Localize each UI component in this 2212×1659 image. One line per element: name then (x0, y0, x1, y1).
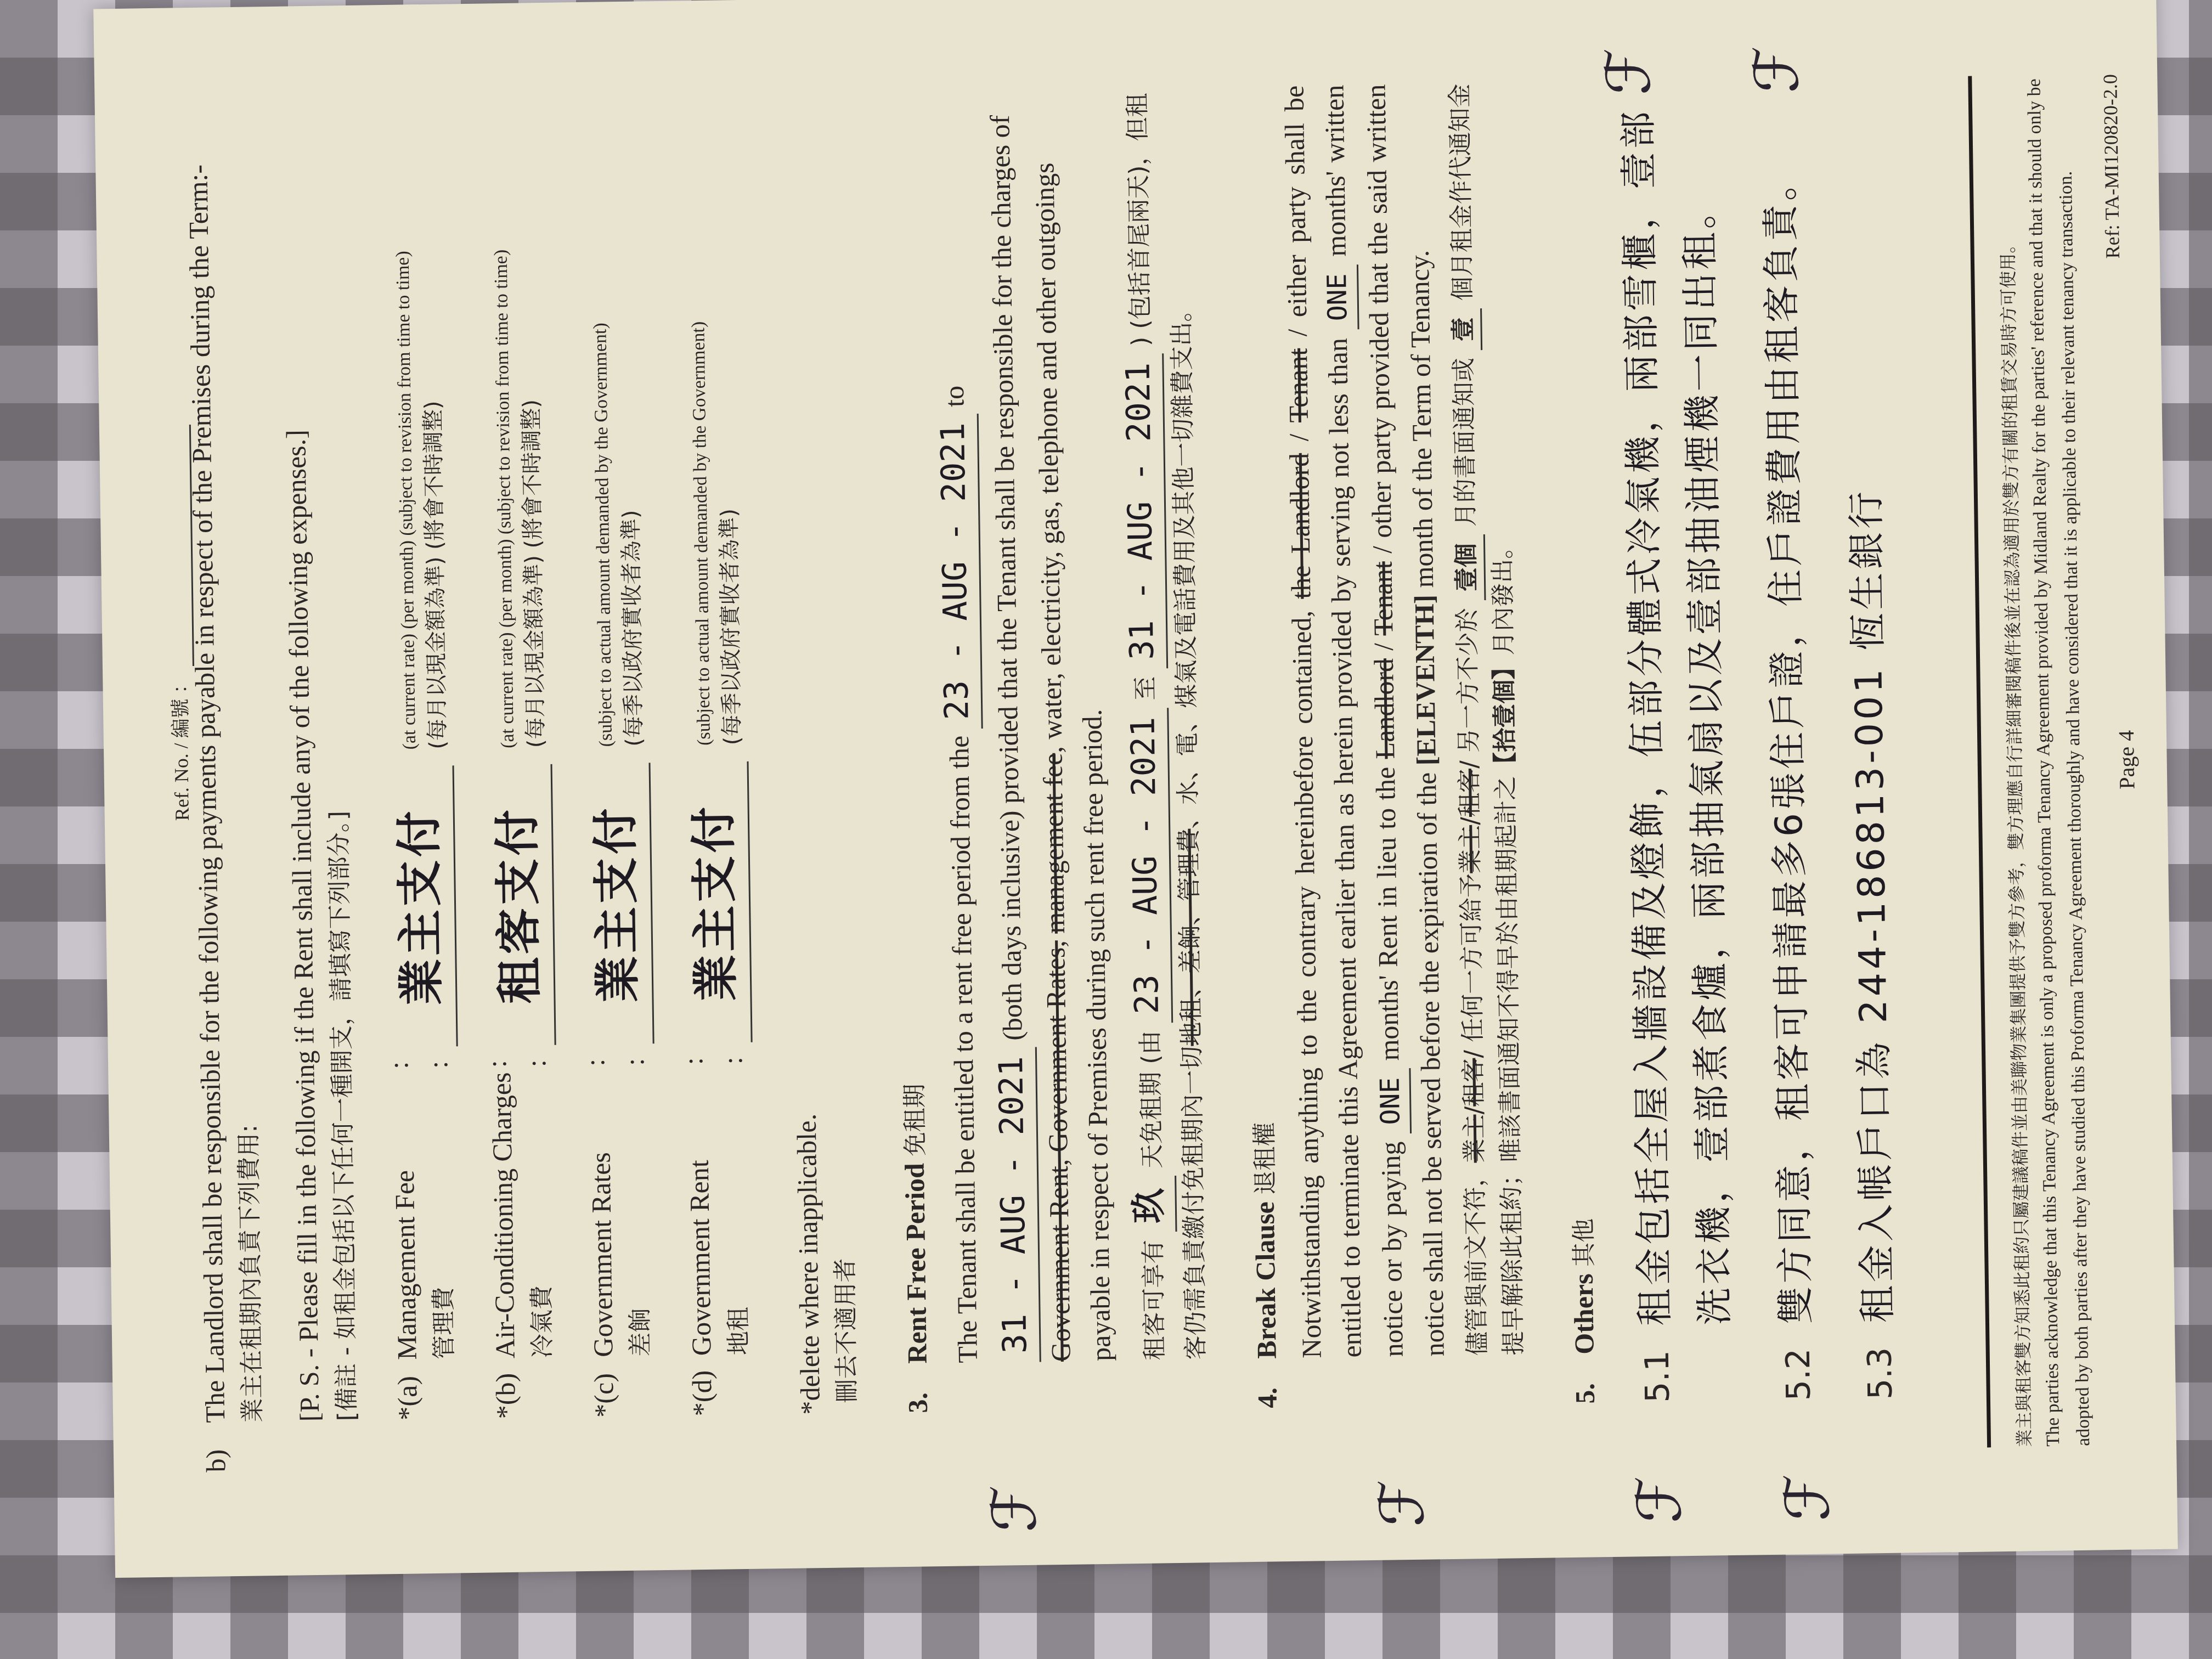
expense-label: *(a)Management Fee管理費 (383, 1068, 463, 1420)
expense-marker: *(a) (387, 1359, 428, 1420)
break-t6: / (1368, 643, 1398, 651)
section-5-title-en: Others (1568, 1273, 1600, 1355)
expense-name-en: Government Rent (684, 1160, 717, 1356)
page-number: Page 4 (2101, 74, 2152, 1446)
clause-number: 5.1 (1633, 1325, 1682, 1403)
section-3-title-en: Rent Free Period (899, 1163, 933, 1364)
tenancy-agreement-page: Ref. No. / 編號 ： b) The Landlord shall be… (93, 0, 2178, 1578)
rent-free-zh-from-date[interactable]: 23 - AUG - 2021 (1120, 708, 1173, 1023)
struck-gov-rent-rates: Government Rent, Government Rates, (1040, 940, 1076, 1362)
expense-item: *(b)Air-Conditioning Charges冷氣費::租客支付(at… (463, 96, 561, 1419)
others-clause: 5.2雙方同意，租客可申請最多6張住戶證，住戶證費用由租客負責。 (1750, 78, 1828, 1401)
section-4-title-zh: 退租權 (1251, 1122, 1280, 1195)
others-clause: 5.3租金入帳戶口為 244-186813-001 恆生銀行 (1831, 77, 1909, 1400)
expense-note: (subject to actual amount demanded by th… (586, 94, 650, 763)
expense-name-en: Management Fee (389, 1170, 422, 1360)
section-5-title-zh: 其他 (1570, 1218, 1599, 1267)
initials-5-2-end: ℱ (1733, 45, 1821, 94)
section-5-number: 5. (1565, 1354, 1605, 1404)
struck-zh-tenant: 租客 (1459, 1058, 1488, 1107)
rent-free-to-word: to (939, 386, 970, 408)
section-5-heading: 5.Others 其他 (1547, 81, 1605, 1404)
others-clause: 5.1租金包括全屋入牆設備及燈飾，伍部分體式冷氣機，兩部雪櫃，壹部洗衣機，壹部煮… (1609, 80, 1746, 1403)
section-3-number: 3. (898, 1363, 938, 1413)
break-zh8: 月內發出。 (1488, 534, 1518, 656)
struck-tenant: Tenant (1283, 348, 1314, 422)
rent-free-zh-1: 租客可享有 (1139, 1239, 1169, 1361)
initials-section-4: ℱ (1358, 1479, 1447, 1528)
break-zh4: / (1456, 817, 1484, 826)
expense-colon: :: (378, 1046, 458, 1069)
rent-free-zh-to-date[interactable]: 31 - AUG - 2021 (1115, 353, 1169, 669)
rent-free-text-1: The Tenant shall be entitled to a rent f… (944, 735, 983, 1363)
expense-marker: *(d) (682, 1356, 723, 1417)
footer-disclaimer: 業主與租客雙方知悉此租約只屬建議稿件並由美聯物業集團提供予雙方參考，雙方理應自行… (1991, 75, 2098, 1447)
break-t2: / (1284, 433, 1314, 442)
struck-zh-charges: 地租、差餉、管理費 (1175, 828, 1206, 1046)
struck-landlord: Landlord (1368, 658, 1401, 759)
section-b: b) The Landlord shall be responsible for… (177, 92, 866, 1472)
section-b-marker: b) (195, 1414, 866, 1472)
break-zh3: / 任何一方可給予 (1457, 873, 1487, 1058)
expense-label: *(d)Government Rent地租 (678, 1064, 757, 1417)
rent-free-days[interactable]: 玖 (1124, 1176, 1177, 1232)
break-t5: months' Rent in lieu to the (1369, 766, 1404, 1061)
clause-number: 5.3 (1856, 1323, 1905, 1400)
break-zh2: / (1460, 1106, 1488, 1115)
expense-note: (at current rate) (per month) (subject t… (390, 97, 454, 766)
month-ordinal: [ELEVENTH] (1409, 595, 1442, 766)
expense-items: *(a)Management Fee管理費::業主支付(at current r… (365, 93, 758, 1420)
expense-label: *(b)Air-Conditioning Charges冷氣費 (482, 1067, 561, 1419)
rent-in-lieu-months[interactable]: ONE (1371, 1068, 1412, 1134)
rent-free-zh-4: 、水、電、煤氣及電話費用及其他一切雜費支出。 (1167, 297, 1203, 829)
clause-text: 租金包括全屋入牆設備及燈飾，伍部分體式冷氣機，兩部雪櫃，壹部洗衣機，壹部煮食爐，… (1609, 80, 1745, 1327)
expense-item: *(a)Management Fee管理費::業主支付(at current r… (365, 97, 463, 1420)
expense-payer-field[interactable]: 業主支付 (582, 763, 654, 1045)
zh-month-ordinal: 【拾壹個】 (1490, 655, 1520, 776)
struck-zh-tenant-2: 租客 (1455, 769, 1483, 817)
section-4-text-en: Notwithstanding anything to the contrary… (1274, 83, 1455, 1408)
expense-payer-field[interactable]: 業主支付 (385, 765, 458, 1047)
section-4: 4.Break Clause 退租權 Notwithstanding anyth… (1196, 82, 1533, 1458)
break-t1: Notwithstanding anything to the contrary… (1286, 611, 1327, 1358)
section-3-title-zh: 免租期 (901, 1084, 930, 1156)
expense-note: (subject to actual amount demanded by th… (684, 93, 748, 762)
form-ref-code: Ref: TA-MI120820-2.0 (2096, 74, 2127, 259)
section-3: 3.Rent Free Period 免租期 The Tenant shall … (847, 87, 1215, 1463)
rent-free-zh-to: 至 (1132, 676, 1160, 701)
expense-payer-field[interactable]: 租客支付 (483, 764, 556, 1046)
section-5: 5.Others 其他 5.1租金包括全屋入牆設備及燈飾，伍部分體式冷氣機，兩部… (1514, 77, 1911, 1454)
rent-free-text-2: (both days inclusive) provided that the … (984, 115, 1028, 1041)
break-zh1: 儘管與前文不符， (1461, 1163, 1492, 1356)
others-clauses: 5.1租金包括全屋入牆設備及燈飾，伍部分體式冷氣機，兩部雪櫃，壹部洗衣機，壹部煮… (1609, 77, 1910, 1403)
rent-free-to-date[interactable]: 31 - AUG - 2021 (988, 1047, 1041, 1363)
expense-item: *(d)Government Rent地租::業主支付(subject to a… (659, 93, 758, 1417)
expense-name-en: Air-Conditioning Charges (486, 1072, 521, 1358)
rent-free-from-date[interactable]: 23 - AUG - 2021 (929, 414, 983, 729)
expense-label: *(c)Government Rates差餉 (580, 1065, 659, 1418)
footer-divider (1968, 76, 1991, 1448)
break-t8: month of the Term of Tenancy. (1404, 250, 1440, 588)
expense-name-zh: 地租 (718, 1064, 758, 1416)
clause-text: 雙方同意，租客可申請最多6張住戶證，住戶證費用由租客負責。 (1751, 160, 1827, 1324)
expense-colon: :: (574, 1043, 654, 1066)
initials-5-2: ℱ (1764, 1473, 1852, 1522)
expense-name-zh: 冷氣費 (521, 1067, 561, 1419)
struck-management-fee: management fee (1037, 753, 1071, 934)
section-3-text-en: The Tenant shall be entitled to a rent f… (925, 88, 1122, 1413)
notice-months[interactable]: ONE (1318, 264, 1359, 330)
rent-free-zh-2: 天免租期 (由 (1137, 1030, 1167, 1169)
initials-section-3: ℱ (970, 1485, 1059, 1533)
struck-zh-landlord: 業主 (1460, 1114, 1488, 1163)
section-4-title-en: Break Clause (1249, 1201, 1282, 1359)
expense-name-zh: 管理費 (423, 1068, 463, 1420)
expense-name-zh: 差餉 (619, 1065, 659, 1417)
break-zh5: / 另一方不少於 (1453, 608, 1483, 769)
clause-number: 5.2 (1774, 1324, 1823, 1401)
zh-rent-in-lieu-months[interactable]: 壹 (1446, 308, 1483, 351)
initials-5-1-end: ℱ (1585, 47, 1673, 96)
expense-colon: :: (673, 1042, 753, 1065)
ref-no-label: Ref. No. / 編號 ： (169, 674, 193, 821)
zh-notice-months[interactable]: 壹個 (1449, 534, 1486, 601)
expense-marker: *(c) (584, 1357, 624, 1418)
expense-item: *(c)Government Rates差餉::業主支付(subject to … (561, 94, 659, 1418)
struck-tenant-2: Tenant (1367, 561, 1398, 636)
initials-5-1: ℱ (1616, 1475, 1704, 1524)
expense-note: (at current rate) (per month) (subject t… (488, 96, 552, 765)
expense-colon: :: (476, 1045, 556, 1068)
expense-payer-field[interactable]: 業主支付 (680, 761, 752, 1043)
expense-name-en: Government Rates (585, 1152, 619, 1357)
break-zh6: 月的書面通知或 (1449, 358, 1480, 527)
struck-the-landlord: the Landlord (1284, 453, 1317, 600)
clause-text: 租金入帳戶口為 244-186813-001 恆生銀行 (1837, 488, 1909, 1323)
ref-no-field: Ref. No. / 編號 ： (162, 425, 196, 821)
expense-marker: *(b) (486, 1358, 526, 1419)
struck-zh-landlord-2: 業主 (1456, 825, 1485, 874)
section-4-number: 4. (1247, 1358, 1288, 1408)
